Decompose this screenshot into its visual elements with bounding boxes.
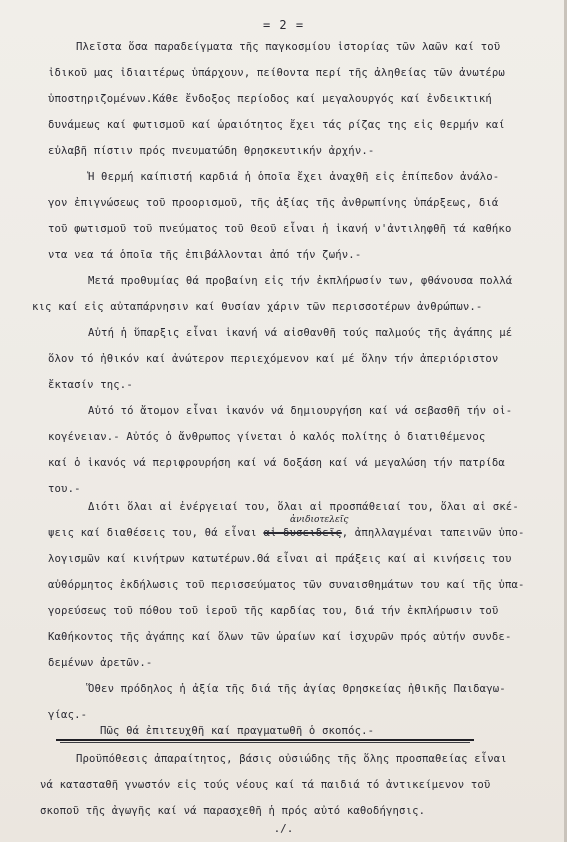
handwritten-correction: ἀνιδιοτελεῖς [290, 515, 348, 525]
text-line: Αὐτό τό ἄτομον εἶναι ἱκανόν νά δημιουργή… [88, 404, 512, 418]
section-heading: Πῶς θά ἐπιτευχθῆ καί πραγματωθῆ ὁ σκοπός… [100, 724, 374, 738]
heading-underline-secondary [60, 742, 470, 743]
text-line: Προϋπόθεσις ἀπαραίτητος, βάσις οὐσιώδης … [76, 752, 507, 766]
text-line: γον ἐπιγνώσεως τοῦ προορισμοῦ, τῆς ἀξίας… [48, 196, 498, 210]
text-line: λογισμῶν καί κινήτρων κατωτέρων.Θά εἶναι… [48, 552, 512, 566]
line-text-before: ψεις καί διαθέσεις του, θά εἶναι [48, 527, 263, 539]
struck-out-text: αἱ δυσειδεῖς [263, 527, 341, 539]
text-line: κις καί εἰς αὐταπάρνησιν καί θυσίαν χάρι… [32, 300, 482, 314]
text-line: Διότι ὅλαι αἱ ἐνέργειαί του, ὅλαι αἱ προ… [88, 500, 519, 514]
text-line: τοῦ φωτισμοῦ τοῦ πνεύματος τοῦ Θεοῦ εἶνα… [48, 222, 512, 236]
heading-underline [56, 739, 474, 741]
text-line: Πλεῖστα ὅσα παραδείγματα τῆς παγκοσμίου … [76, 40, 500, 54]
line-with-correction: ψεις καί διαθέσεις του, θά εἶναι αἱ δυσε… [48, 526, 525, 540]
text-line: δεμένων ἀρετῶν.- [48, 656, 152, 670]
text-line: κογένειαν.- Αὐτός ὁ ἄνθρωπος γίνεται ὁ κ… [48, 430, 485, 444]
text-line: εὐλαβῆ πίστιν πρός πνευματώδη θρησκευτικ… [48, 144, 374, 158]
text-line: ντα νεα τά ὁποῖα τῆς ἐπιβάλλονται ἀπό τή… [48, 248, 361, 262]
text-line: καί ὁ ἱκανός νά περιφρουρήση καί νά δοξά… [48, 456, 505, 470]
text-line: αὐθόρμητος ἐκδήλωσις τοῦ περισσεύματος τ… [48, 578, 525, 592]
text-line: γορεύσεως τοῦ πόθου τοῦ ἱεροῦ τῆς καρδία… [48, 604, 498, 618]
text-line: ὑποστηριζομένων.Κάθε ἔνδοξος περίοδος κα… [48, 92, 492, 106]
page-number: = 2 = [0, 18, 567, 32]
typed-document-page: = 2 = Πλεῖστα ὅσα παραδείγματα τῆς παγκο… [0, 0, 567, 842]
text-line: Ὅθεν πρόδηλος ἡ ἀξία τῆς διά τῆς ἁγίας Θ… [88, 682, 506, 696]
text-line: ἰδικοῦ μας ἰδιαιτέρως ὑπάρχουν, πείθοντα… [48, 66, 505, 80]
text-line: σκοποῦ τῆς ἀγωγῆς καί νά παρασχεθῆ ἡ πρό… [40, 804, 425, 818]
text-line: ὅλον τό ἠθικόν καί ἀνώτερον περιεχόμενον… [48, 352, 498, 366]
text-line: του.- [48, 482, 81, 496]
text-line: Αὐτή ἡ ὕπαρξις εἶναι ἱκανή νά αἰσθανθῆ τ… [88, 326, 512, 340]
text-line: δυνάμεως καί φωτισμοῦ καί ὡραιότητος ἔχε… [48, 118, 505, 132]
end-mark: ./. [0, 822, 567, 835]
text-line: Καθήκοντος τῆς ἀγάπης καί ὅλων τῶν ὡραίω… [48, 630, 512, 644]
text-line: Μετά προθυμίας θά προβαίνη εἰς τήν ἐκπλή… [88, 274, 512, 288]
text-line: γίας.- [48, 708, 87, 722]
text-line: Ἡ θερμή καίπιστή καρδιά ἡ ὁποῖα ἔχει ἀνα… [88, 170, 499, 184]
text-line: νά κατασταθῆ γνωστόν εἰς τούς νέους καί … [40, 778, 490, 792]
text-line: ἔκτασίν της.- [48, 378, 133, 392]
line-text-after: , ἀπηλλαγμέναι ταπεινῶν ὑπο- [342, 527, 525, 539]
